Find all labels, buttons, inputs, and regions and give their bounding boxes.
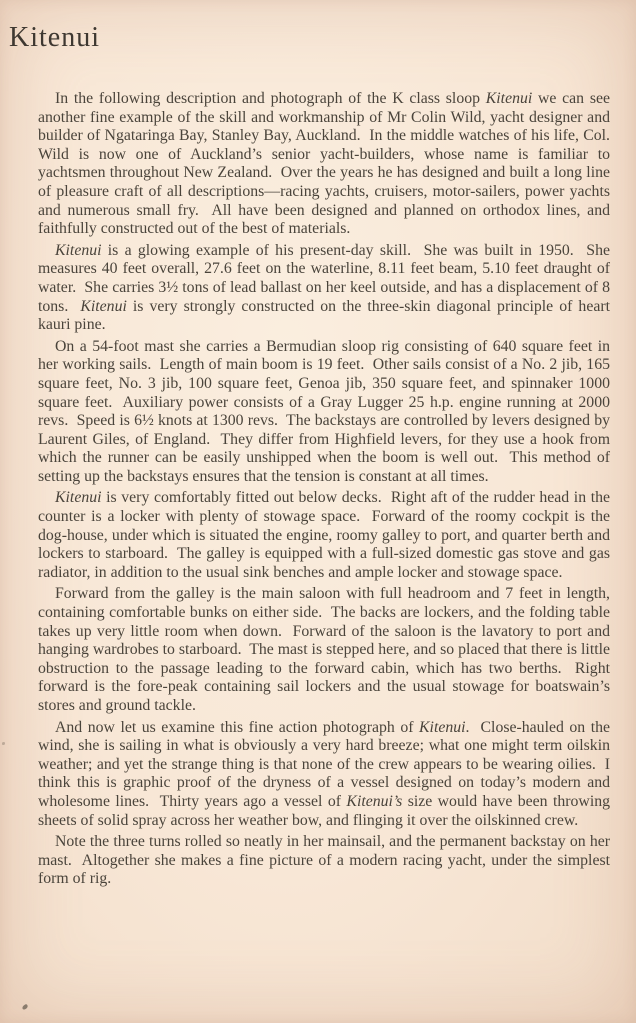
yacht-name-italic: Kitenui’s	[346, 793, 402, 810]
book-page: Kitenui In the following description and…	[0, 0, 636, 1023]
paragraph: On a 54-foot mast she carries a Bermudia…	[38, 338, 610, 487]
text-segment: Forward from the galley is the main salo…	[38, 585, 614, 714]
text-segment: is very comfortably fitted out below dec…	[38, 489, 614, 580]
paragraph: Note the three turns rolled so neatly in…	[38, 833, 610, 889]
paragraph: Kitenui is very comfortably fitted out b…	[38, 489, 610, 582]
text-segment: we can see another fine example of the s…	[38, 90, 614, 237]
yacht-name-italic: Kitenui	[486, 90, 533, 107]
yacht-name-italic: Kitenui	[55, 489, 102, 506]
text-segment: Note the three turns rolled so neatly in…	[38, 833, 614, 887]
paragraph: Kitenui is a glowing example of his pres…	[38, 242, 610, 335]
text-segment: On a 54-foot mast she carries a Bermudia…	[38, 338, 614, 485]
paragraph: And now let us examine this fine action …	[38, 719, 610, 831]
article-body: In the following description and photogr…	[38, 90, 610, 892]
yacht-name-italic: Kitenui	[419, 719, 466, 736]
page-title: Kitenui	[9, 22, 100, 54]
paragraph: In the following description and photogr…	[38, 90, 610, 239]
yacht-name-italic: Kitenui	[80, 298, 127, 315]
yacht-name-italic: Kitenui	[55, 242, 102, 259]
text-segment: In the following description and photogr…	[55, 90, 486, 107]
scan-artifact	[21, 1004, 28, 1011]
text-segment: And now let us examine this fine action …	[55, 719, 419, 736]
scan-artifact	[2, 742, 5, 745]
paragraph: Forward from the galley is the main salo…	[38, 585, 610, 715]
